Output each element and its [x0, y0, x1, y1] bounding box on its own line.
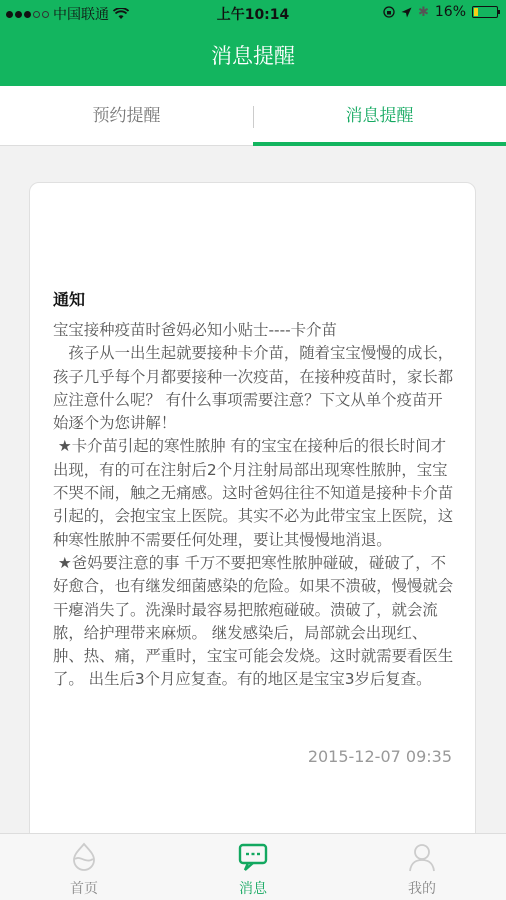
page-title: 消息提醒: [211, 44, 295, 68]
bluetooth-icon: ✱: [418, 5, 429, 20]
message-body: 宝宝接种疫苗时爸妈必知小贴士----卡介苗 孩子从一出生起就要接种卡介苗，随着宝…: [53, 319, 458, 692]
rotation-lock-icon: [383, 6, 395, 18]
message-title: 通知: [53, 287, 85, 310]
segment-tabs: 预约提醒 消息提醒: [0, 86, 506, 146]
tabbar-item-home[interactable]: 首页: [0, 834, 168, 900]
message-timestamp: 2015-12-07 09:35: [308, 747, 452, 766]
home-drop-icon: [69, 842, 99, 872]
bottom-tab-bar: 首页 消息 我的: [0, 833, 506, 900]
tabbar-label-messages: 消息: [169, 878, 337, 898]
message-card: 通知 宝宝接种疫苗时爸妈必知小贴士----卡介苗 孩子从一出生起就要接种卡介苗，…: [29, 182, 476, 842]
tabbar-label-home: 首页: [0, 878, 168, 898]
active-tab-indicator: [253, 142, 506, 146]
battery-percent: 16%: [435, 4, 466, 20]
nav-bar: 消息提醒: [0, 26, 506, 86]
location-icon: [401, 7, 412, 18]
tab-message-reminder[interactable]: 消息提醒: [253, 86, 506, 146]
status-bar: 中国联通 上午10:14 ✱ 16%: [0, 0, 506, 26]
user-icon: [407, 842, 437, 872]
tabbar-label-me: 我的: [338, 878, 506, 898]
tab-appointment-reminder[interactable]: 预约提醒: [0, 86, 253, 146]
battery-icon: [472, 6, 498, 18]
tabbar-item-me[interactable]: 我的: [338, 834, 506, 900]
message-icon: [238, 842, 268, 872]
tabbar-item-messages[interactable]: 消息: [169, 834, 337, 900]
